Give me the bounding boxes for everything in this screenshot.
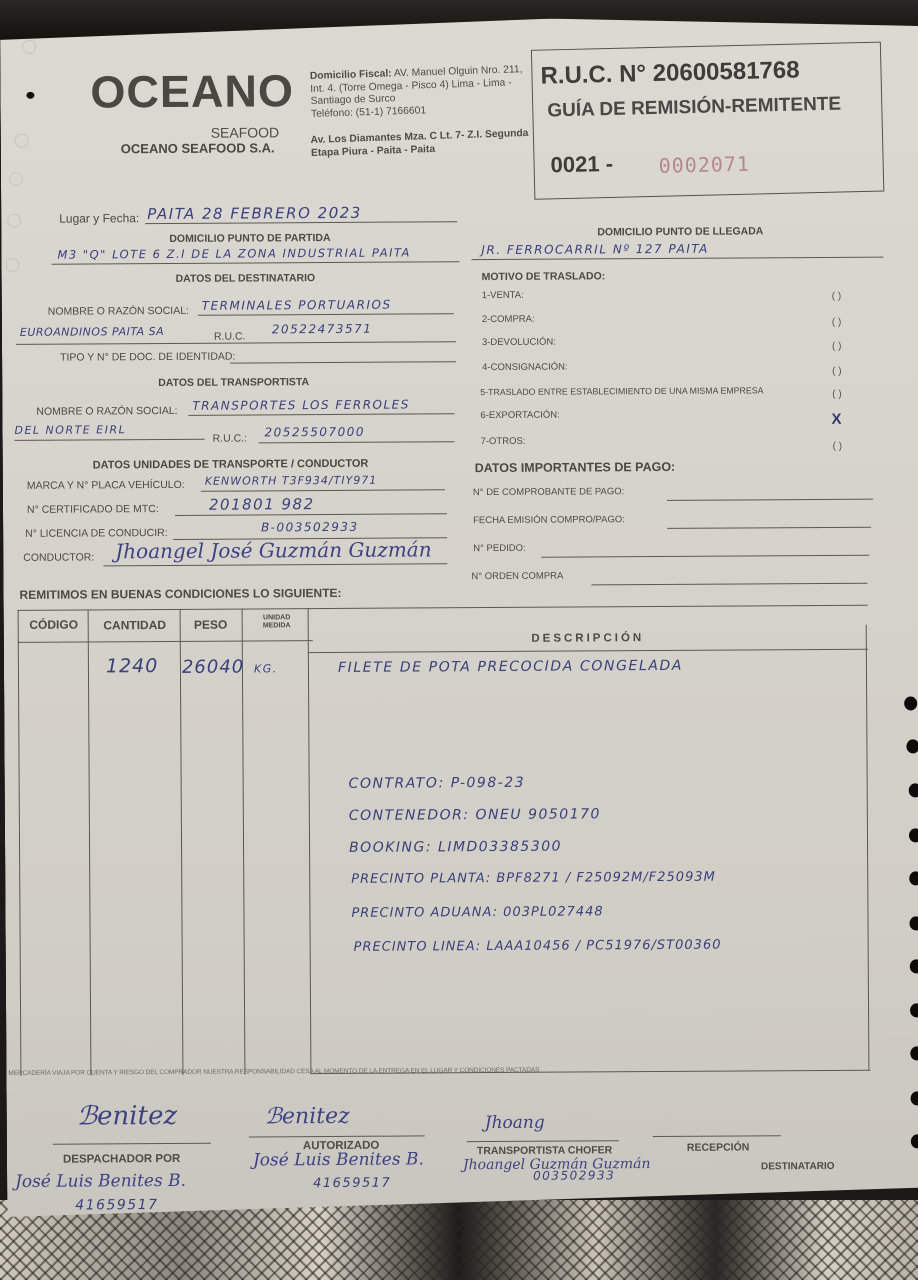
comprobante-label: N° DE COMPROBANTE DE PAGO:: [473, 486, 624, 498]
lugar-fecha-label: Lugar y Fecha:: [59, 211, 139, 225]
company-name: OCEANO SEAFOOD S.A.: [121, 140, 275, 156]
motivo-option-4: 4-CONSIGNACIÓN:: [482, 362, 568, 374]
llegada-value: JR. FERROCARRIL Nº 127 PAITA: [481, 242, 708, 257]
signature-line: [249, 1135, 425, 1137]
perforation-hole: [906, 739, 918, 753]
ruc-box: R.U.C. N° 20600581768 GUÍA DE REMISIÓN-R…: [531, 42, 884, 200]
perforation-hole: [911, 1134, 918, 1148]
orden-compra-field: [591, 583, 867, 586]
guia-remision-document: OCEANO SEAFOOD OCEANO SEAFOOD S.A. Domic…: [0, 16, 918, 1217]
llegada-label: DOMICILIO PUNTO DE LLEGADA: [597, 225, 763, 238]
perforation-hole: [909, 871, 918, 885]
doc-identidad-label: TIPO Y N° DE DOC. DE IDENTIDAD:: [60, 351, 235, 364]
perforation-hole: [910, 959, 918, 973]
header-unidad: UNIDAD MEDIDA: [250, 614, 304, 630]
perforation-ring: [9, 172, 23, 186]
signature-line: [53, 1143, 211, 1145]
destinatario-nombre-label: NOMBRE O RAZÓN SOCIAL:: [48, 305, 189, 318]
underline: [51, 261, 459, 264]
autorizado-signature: ℬenitez: [265, 1104, 350, 1130]
conductor-label: CONDUCTOR:: [23, 551, 94, 563]
chofer-label: TRANSPORTISTA CHOFER: [477, 1144, 612, 1157]
header-descripcion: DESCRIPCIÓN: [318, 631, 858, 646]
motivo-checkbox-2[interactable]: ( ): [832, 317, 842, 328]
motivo-checkbox-5[interactable]: ( ): [832, 389, 842, 400]
ruc-number: R.U.C. N° 20600581768: [540, 57, 800, 91]
marca-label: MARCA Y N° PLACA VEHÍCULO:: [27, 479, 185, 492]
motivo-checkbox-4[interactable]: ( ): [832, 366, 842, 377]
perforation-ring: [7, 214, 21, 228]
perforation-hole: [909, 828, 918, 842]
motivo-option-7: 7-OTROS:: [481, 436, 526, 447]
perforation-hole: [909, 783, 918, 797]
header-codigo: CÓDIGO: [22, 617, 86, 631]
fecha-emision-field: [667, 527, 871, 529]
pedido-label: N° PEDIDO:: [473, 543, 525, 554]
items-table: CÓDIGO CANTIDAD PESO UNIDAD MEDIDA DESCR…: [18, 605, 871, 1076]
autorizado-name: José Luis Benites B.: [253, 1149, 424, 1170]
destinatario-nombre-1: TERMINALES PORTUARIOS: [202, 298, 392, 313]
perforation-hole: [910, 1046, 918, 1060]
transportista-section: DATOS DEL TRANSPORTISTA: [158, 376, 309, 389]
motivo-checkbox-1[interactable]: ( ): [832, 291, 842, 302]
row-peso: 26040: [182, 657, 244, 678]
comprobante-field: [667, 499, 873, 501]
licencia-value: B-003502933: [261, 520, 359, 535]
underline: [15, 439, 205, 441]
destinatario-ruc: 20522473571: [272, 322, 373, 337]
signature-line: [653, 1135, 781, 1137]
motivo-option-5: 5-TRASLADO ENTRE ESTABLECIMIENTO DE UNA …: [480, 385, 763, 397]
autorizado-id: 41659517: [313, 1176, 391, 1191]
recepcion-label: RECEPCIÓN: [687, 1141, 750, 1153]
note-contrato: CONTRATO: P-098-23: [349, 775, 526, 792]
row-unidad: KG.: [254, 662, 278, 675]
destinatario-ruc-label: R.U.C.: [214, 331, 246, 343]
perforation-ring: [5, 258, 19, 272]
pedido-field: [541, 555, 869, 558]
orden-compra-label: N° ORDEN COMPRA: [471, 571, 563, 583]
signature-line: [467, 1140, 619, 1142]
motivo-option-2: 2-COMPRA:: [482, 314, 535, 325]
transportista-ruc: 20525507000: [264, 425, 365, 440]
company-logo-sub: SEAFOOD: [211, 124, 280, 140]
despachador-signature: ℬenitez: [77, 1101, 178, 1132]
note-booking: BOOKING: LIMD03385300: [349, 839, 562, 856]
transportista-nombre-label: NOMBRE O RAZÓN SOCIAL:: [36, 405, 177, 418]
transportista-ruc-label: R.U.C.:: [213, 432, 247, 444]
header-peso: PESO: [182, 618, 240, 632]
destinatario-section: DATOS DEL DESTINATARIO: [176, 272, 316, 285]
row-descripcion: FILETE DE POTA PRECOCIDA CONGELADA: [338, 658, 683, 676]
conductor-value: Jhoangel José Guzmán Guzmán: [115, 537, 431, 563]
fecha-emision-label: FECHA EMISIÓN COMPRO/PAGO:: [473, 514, 625, 526]
motivo-checkbox-6-checked[interactable]: X: [831, 411, 841, 428]
perforation-hole: [911, 1091, 918, 1105]
perforation-ring: [15, 134, 29, 148]
despachador-name: José Luis Benites B.: [15, 1171, 186, 1192]
document-title: GUÍA DE REMISIÓN-REMITENTE: [547, 94, 841, 123]
document-serie: 0021 -: [550, 151, 613, 178]
company-phone: Teléfono: (51-1) 7166601: [311, 105, 426, 120]
destinatario-nombre-2: EUROANDINOS PAITA SA: [20, 325, 164, 339]
transportista-nombre-1: TRANSPORTES LOS FERROLES: [192, 398, 410, 413]
company-logo: OCEANO: [90, 65, 294, 118]
marca-value: KENWORTH T3F934/TIY971: [205, 474, 378, 488]
underline: [471, 257, 883, 261]
perforation-hole: [904, 696, 917, 710]
partida-label: DOMICILIO PUNTO DE PARTIDA: [169, 232, 330, 245]
perforation-hole: [910, 1003, 918, 1017]
motivo-option-1: 1-VENTA:: [482, 290, 524, 301]
motivo-section: MOTIVO DE TRASLADO:: [482, 270, 606, 283]
perforation-hole: [26, 92, 34, 99]
perforation-hole: [909, 916, 918, 930]
document-number: 0002071: [658, 152, 750, 178]
underline: [259, 441, 455, 443]
plant-address: Av. Los Diamantes Mza. C Lt. 7- Z.I. Seg…: [310, 128, 531, 160]
destinatario-label: DESTINATARIO: [761, 1161, 835, 1172]
motivo-checkbox-3[interactable]: ( ): [832, 341, 842, 352]
lugar-fecha-value: PAITA 28 FEBRERO 2023: [147, 204, 362, 223]
underline: [198, 313, 454, 316]
despachador-label: DESPACHADOR POR: [63, 1153, 180, 1166]
despachador-id: 41659517: [75, 1197, 158, 1214]
mtc-value: 201801 982: [209, 495, 315, 514]
fiscal-address-block: Domicilio Fiscal: AV. Manuel Olguin Nro.…: [310, 64, 531, 121]
row-cantidad: 1240: [106, 655, 158, 677]
fiscal-label: Domicilio Fiscal:: [310, 68, 392, 82]
note-precinto-linea: PRECINTO LINEA: LAAA10456 / PC51976/ST00…: [354, 938, 722, 955]
note-contenedor: CONTENEDOR: ONEU 9050170: [349, 806, 601, 824]
items-section: REMITIMOS EN BUENAS CONDICIONES LO SIGUI…: [19, 586, 341, 602]
chofer-id: 003502933: [533, 1168, 615, 1183]
perforation-ring: [22, 40, 36, 54]
underline: [103, 563, 447, 566]
unidad-section: DATOS UNIDADES DE TRANSPORTE / CONDUCTOR: [93, 458, 369, 472]
licencia-label: N° LICENCIA DE CONDUCIR:: [25, 527, 168, 540]
motivo-option-3: 3-DEVOLUCIÓN:: [482, 337, 556, 348]
chofer-signature: Jhoang: [485, 1113, 545, 1133]
doc-identidad-field: [230, 361, 456, 363]
motivo-checkbox-7[interactable]: ( ): [833, 441, 843, 452]
underline: [201, 489, 445, 491]
mtc-label: N° CERTIFICADO DE MTC:: [27, 503, 159, 516]
header-cantidad: CANTIDAD: [92, 618, 178, 633]
underline: [16, 341, 456, 345]
note-precinto-planta: PRECINTO PLANTA: BPF8271 / F25092M/F2509…: [351, 870, 716, 887]
transportista-nombre-2: DEL NORTE EIRL: [14, 423, 126, 437]
partida-value: M3 "Q" LOTE 6 Z.I DE LA ZONA INDUSTRIAL …: [57, 245, 410, 261]
note-precinto-aduana: PRECINTO ADUANA: 003PL027448: [351, 904, 603, 921]
motivo-option-6: 6-EXPORTACIÓN:: [480, 410, 559, 421]
underline: [188, 413, 454, 416]
pago-section: DATOS IMPORTANTES DE PAGO:: [475, 460, 676, 475]
